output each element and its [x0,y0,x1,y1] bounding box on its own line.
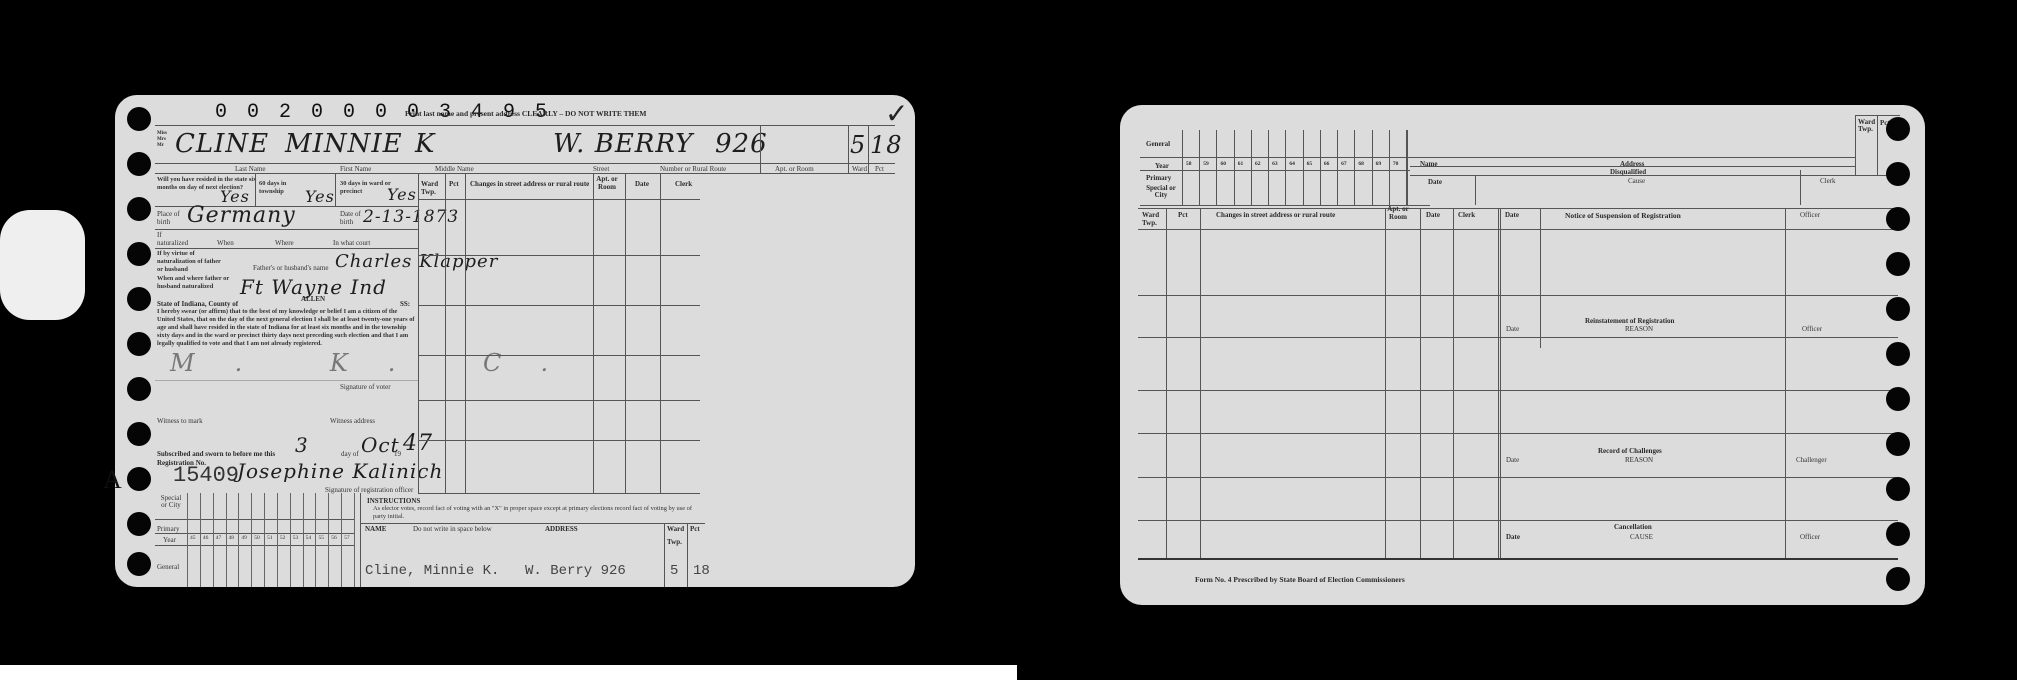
grid-label-special: Special or City [157,495,185,509]
form-footer: Form No. 4 Prescribed by State Board of … [1195,575,1405,584]
back-label-date: Date [1428,178,1442,186]
instructions-text: As elector votes, record fact of voting … [373,505,703,521]
col-pct: Pct [449,180,459,188]
title-prefix: Miss Mrs Mr [157,131,171,149]
challenges-challenger: Challenger [1796,456,1827,464]
footer-label-twp: Twp. [667,538,682,546]
label-number: Number or Rural Route [660,165,726,173]
back-col-apt-room: Apt. or Room [1387,205,1409,221]
label-when: When [217,239,234,247]
residency-q2-answer: Yes [305,187,335,206]
suspension-title: Notice of Suspension of Registration [1565,211,1681,220]
grid-label-general: General [157,563,179,571]
col-apt-room: Apt. or Room [596,175,618,191]
back-col-clerk: Clerk [1458,211,1475,219]
scan-white-strip [0,665,1017,680]
grid-label-primary: Primary [157,525,180,533]
back-grid-label-year: Year [1155,162,1169,170]
label-first-name: First Name [340,165,371,173]
label-pct: Pct [875,165,884,173]
back-label-ward-twp: Ward Twp. [1858,119,1878,133]
footer-label-do-not-write: Do not write in space below [413,525,492,533]
back-grid-label-special: Special or City [1146,185,1176,199]
residency-q2-label: 60 days in township [259,180,307,196]
grid-label-year: Year [163,536,176,544]
back-col-pct: Pct [1178,211,1188,219]
label-state-county: State of Indiana, County of [157,300,238,308]
footer-typed-name: Cline, Minnie K. [365,563,499,579]
last-name-value: CLINE [175,129,269,159]
col-changes: Changes in street address or rural route [470,180,589,188]
oath-text: I hereby swear (or affirm) that to the b… [157,308,417,348]
back-grid-years-row: 58 59 60 61 62 63 64 65 66 67 68 69 70 [1182,130,1408,206]
suspension-date: Date [1505,211,1519,219]
scan-smudge [0,210,85,320]
label-where: Where [275,239,294,247]
footer-label-ward: Ward [667,525,684,533]
label-father-name: Father's or husband's name [253,264,328,272]
reinstatement-date: Date [1506,325,1519,333]
precinct-value: 18 [870,131,903,159]
footer-typed-pct: 18 [693,563,710,579]
reinstatement-title: Reinstatement of Registration [1585,317,1674,325]
label-ss: SS: [400,300,410,308]
registration-letter: A [103,465,122,495]
label-witness-to-mark: Witness to mark [157,417,203,425]
cancellation-cause: CAUSE [1630,533,1653,541]
footer-label-pct: Pct [690,525,700,533]
cancellation-date: Date [1506,533,1520,541]
check-mark: ✓ [885,97,908,131]
col-ward-twp: Ward Twp. [421,180,443,196]
col-clerk: Clerk [675,180,692,188]
back-col-changes: Changes in street address or rural route [1216,211,1335,219]
cancellation-officer: Officer [1800,533,1820,541]
reinstatement-reason: REASON [1625,325,1653,333]
suspension-officer: Officer [1800,211,1820,219]
label-if-naturalized: If naturalized [157,231,187,247]
label-place-of-birth: Place of birth [157,210,187,226]
ward-value: 5 [850,131,866,159]
header-instruction: Print last name and present address CLEA… [405,109,647,118]
label-day-of: day of [341,450,359,458]
challenges-reason: REASON [1625,456,1653,464]
middle-name-value: K [415,129,435,159]
back-col-date: Date [1426,211,1440,219]
label-middle-name: Middle Name [435,165,474,173]
footer-typed-address: W. Berry 926 [525,563,626,579]
challenges-title: Record of Challenges [1598,447,1662,455]
label-witness-address: Witness address [330,417,375,425]
label-virtue-naturalization: If by virtue of naturalization of father… [157,250,227,274]
subscribed-day-value: 3 [295,433,309,457]
challenges-date: Date [1506,456,1519,464]
front-registration-card: 0 0 2 0 0 0 0 3 4 9 5 Print last name an… [115,95,915,587]
label-apt: Apt. or Room [775,165,814,173]
back-label-cause: Cause [1628,177,1645,185]
label-street: Street [593,165,609,173]
footer-typed-ward: 5 [670,563,678,579]
col-date: Date [635,180,649,188]
grid-years-row: 45 46 47 48 49 50 51 52 53 54 55 56 57 [187,493,355,587]
voter-signature-value: M. K. C. [170,349,588,377]
back-label-clerk: Clerk [1820,177,1836,185]
street-value: W. BERRY [553,129,693,159]
county-value: ALLEN [301,295,325,303]
registration-number-value: 15409 [173,463,239,488]
label-subscribed: Subscribed and sworn to before me this [157,450,275,458]
label-signature-of-voter: Signature of voter [340,383,391,391]
back-grid-label-primary: Primary [1146,174,1171,182]
label-year-prefix: 19 [394,450,401,458]
back-col-ward-twp: Ward Twp. [1142,211,1164,227]
label-when-where-father: When and where father or husband natural… [157,275,232,291]
footer-label-name: NAME [365,525,386,533]
label-ward: Ward [852,165,867,173]
reinstatement-officer: Officer [1802,325,1822,333]
place-of-birth-value: Germany [187,203,296,228]
back-grid-label-general: General [1146,140,1170,148]
label-in-what-court: In what court [333,239,370,247]
footer-label-address: ADDRESS [545,525,578,533]
instructions-title: INSTRUCTIONS [367,497,420,505]
label-last-name: Last Name [235,165,266,173]
officer-signature-value: Josephine Kalinich [237,459,443,483]
first-name-value: MINNIE [285,129,403,159]
cancellation-title: Cancellation [1614,523,1652,531]
back-registration-card: General Year Primary Special or City 58 … [1120,105,1925,605]
residency-q3-answer: Yes [387,185,417,204]
